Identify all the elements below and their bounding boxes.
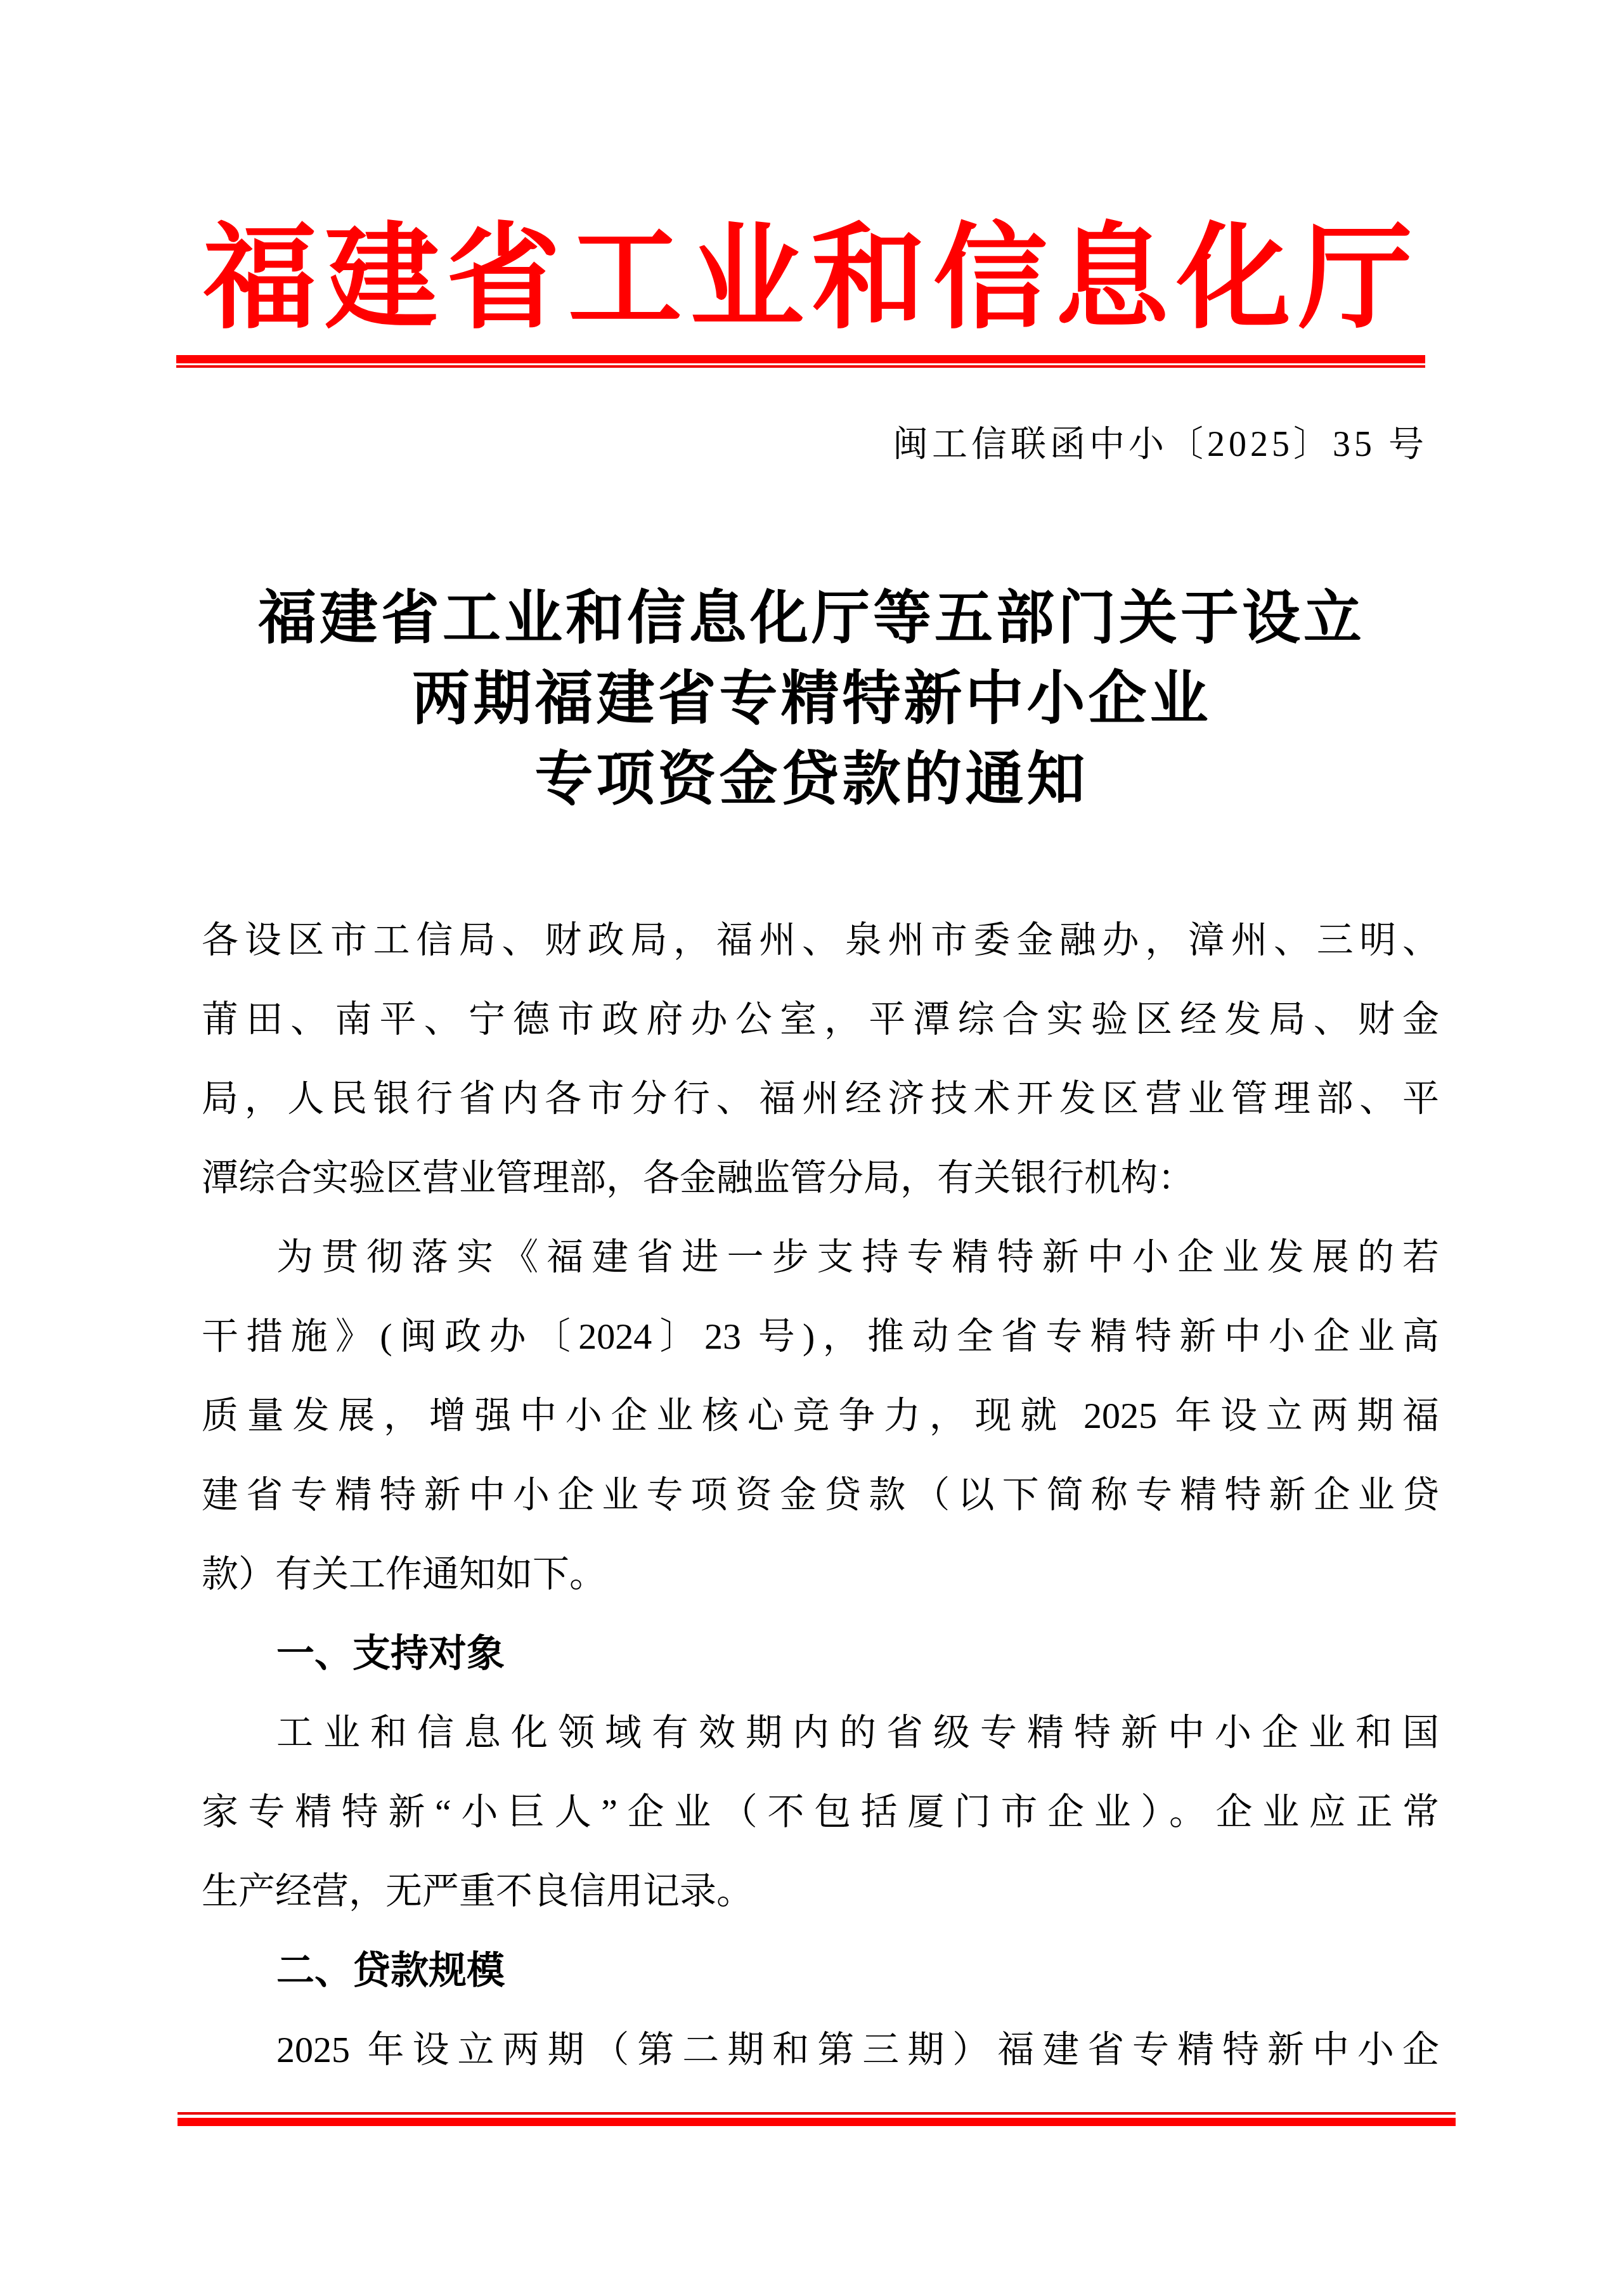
document-line: 2025 年设立两期（第二期和第三期）福建省专精特新中小企 — [202, 2010, 1439, 2089]
masthead-rule — [176, 355, 1425, 368]
document-title-line: 福建省工业和信息化厅等五部门关于设立 — [178, 578, 1445, 659]
document-body: 各设区市工信局、财政局，福州、泉州市委金融办，漳州、三明、莆田、南平、宁德市政府… — [202, 900, 1439, 2089]
document-line: 生产经营，无严重不良信用记录。 — [202, 1852, 1439, 1931]
footer-rule-thin — [178, 2112, 1456, 2115]
document-line: 质量发展，增强中小企业核心竞争力，现就 2025 年设立两期福 — [202, 1376, 1439, 1455]
masthead-title: 福建省工业和信息化厅 — [178, 214, 1445, 341]
document-title: 福建省工业和信息化厅等五部门关于设立两期福建省专精特新中小企业专项资金贷款的通知 — [178, 578, 1445, 820]
masthead-rule-thick — [176, 355, 1425, 363]
document-line: 莆田、南平、宁德市政府办公室，平潭综合实验区经发局、财金 — [202, 980, 1439, 1059]
document-line: 二、贷款规模 — [202, 1931, 1439, 2010]
document-number: 闽工信联函中小〔2025〕35 号 — [893, 424, 1428, 465]
document-line: 一、支持对象 — [202, 1614, 1439, 1693]
document-line: 潭综合实验区营业管理部，各金融监管分局，有关银行机构： — [202, 1138, 1439, 1217]
document-line: 工业和信息化领域有效期内的省级专精特新中小企业和国 — [202, 1693, 1439, 1772]
masthead-rule-thin — [176, 365, 1425, 368]
document-line: 各设区市工信局、财政局，福州、泉州市委金融办，漳州、三明、 — [202, 900, 1439, 980]
document-line: 为贯彻落实《福建省进一步支持专精特新中小企业发展的若 — [202, 1217, 1439, 1297]
document-line: 局，人民银行省内各市分行、福州经济技术开发区营业管理部、平 — [202, 1059, 1439, 1138]
document-title-line: 专项资金贷款的通知 — [178, 739, 1445, 820]
document-line: 建省专精特新中小企业专项资金贷款（以下简称专精特新企业贷 — [202, 1455, 1439, 1534]
footer-rule-thick — [178, 2118, 1456, 2126]
footer-rule — [178, 2112, 1456, 2126]
document-title-line: 两期福建省专精特新中小企业 — [178, 659, 1445, 739]
document-line: 款）有关工作通知如下。 — [202, 1534, 1439, 1614]
document-page: 福建省工业和信息化厅 闽工信联函中小〔2025〕35 号 福建省工业和信息化厅等… — [0, 0, 1623, 2296]
document-line: 干措施》(闽政办〔2024〕23 号)，推动全省专精特新中小企业高 — [202, 1297, 1439, 1376]
document-line: 家专精特新“小巨人”企业（不包括厦门市企业）。企业应正常 — [202, 1772, 1439, 1852]
